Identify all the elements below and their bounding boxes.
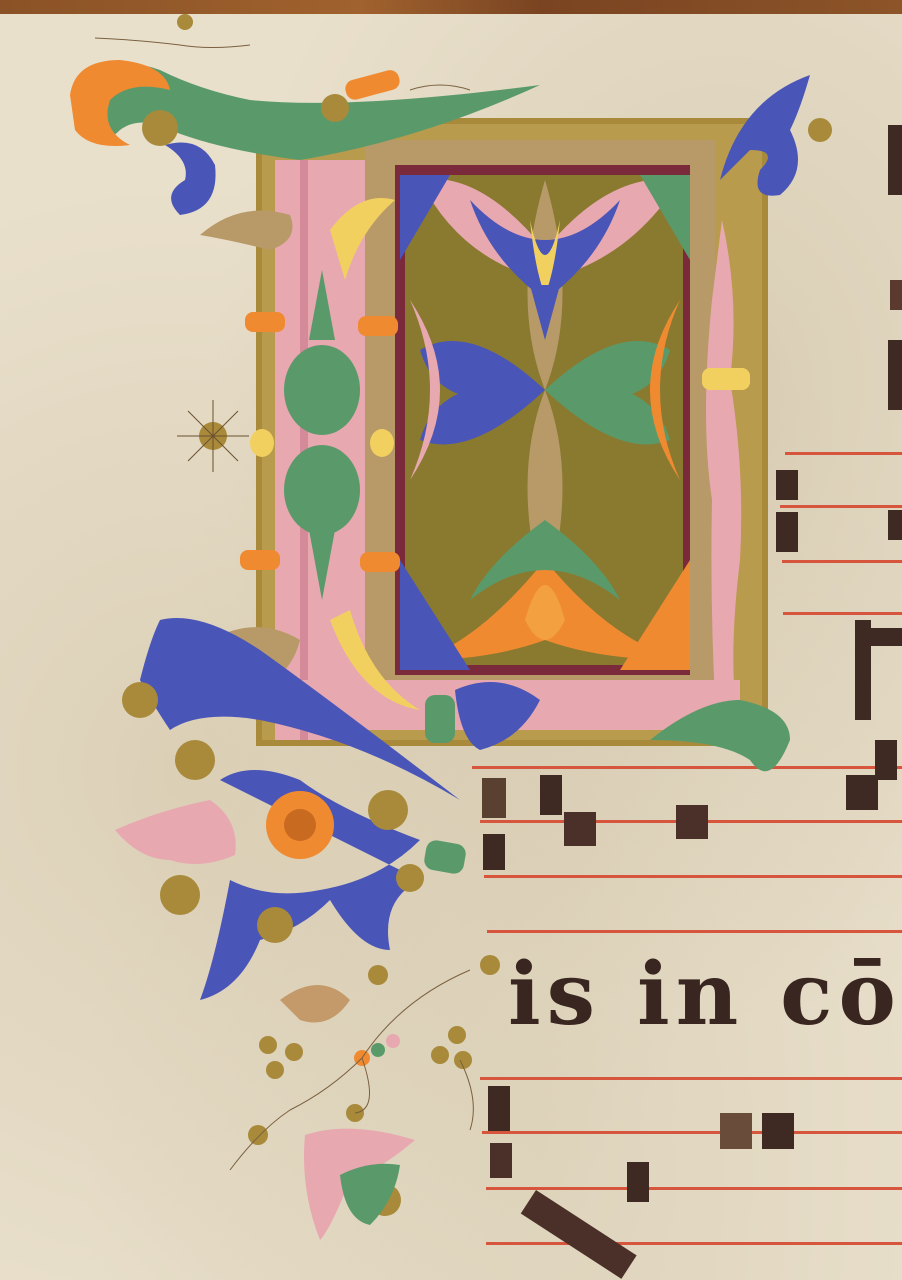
illuminated-initial <box>0 0 902 1280</box>
manuscript-page: is in cō <box>0 0 902 1280</box>
sunburst-icon <box>177 400 249 472</box>
blue-scroll <box>165 143 216 216</box>
green-bud <box>284 345 360 435</box>
pink-acanthus <box>115 800 236 864</box>
